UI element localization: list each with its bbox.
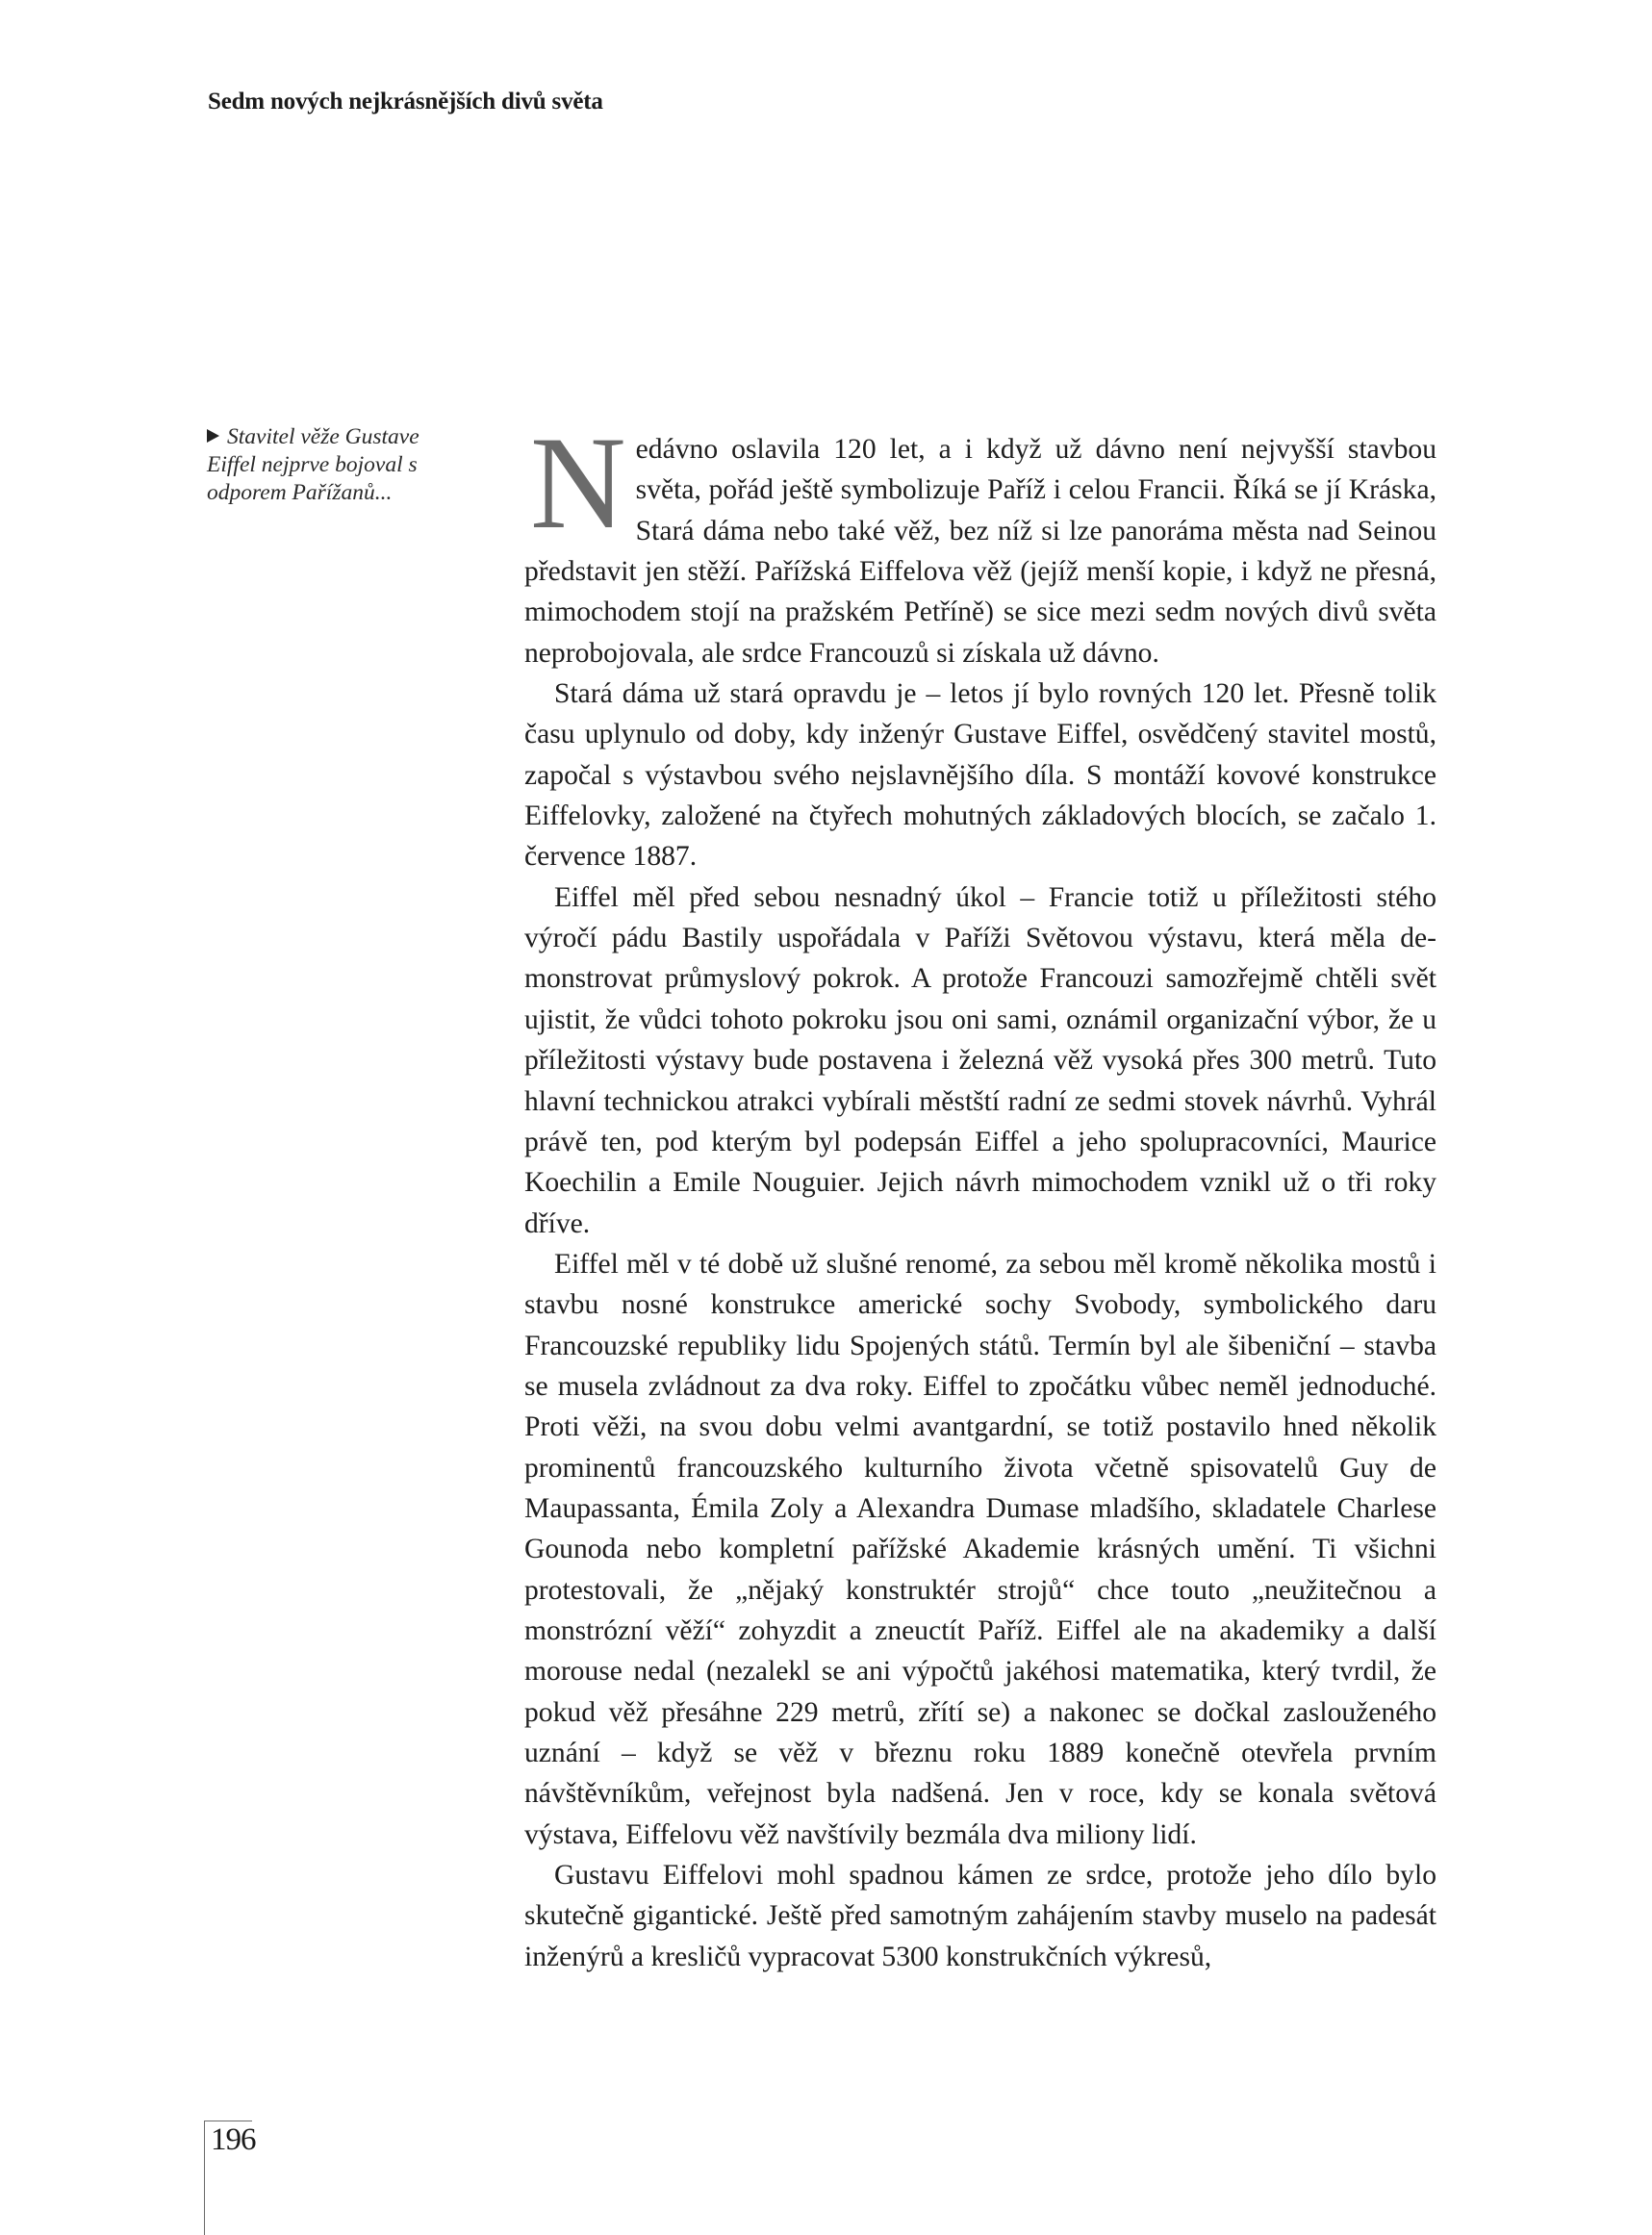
paragraph-1: Nedávno oslavila 120 let, a i když už dá… bbox=[524, 429, 1436, 673]
folio-rule-horizontal bbox=[204, 2121, 252, 2121]
paragraph-2: Stará dáma už stará opravdu je – letos j… bbox=[524, 673, 1436, 877]
paragraph-text: edávno oslavila 120 let, a i když už dáv… bbox=[524, 434, 1436, 669]
running-head: Sedm nových nejkrásnějších divů světa bbox=[208, 89, 603, 115]
drop-cap: N bbox=[530, 433, 626, 537]
paragraph-5: Gustavu Eiffelovi mohl spadnou kámen ze … bbox=[524, 1855, 1436, 1977]
paragraph-3: Eiffel měl před sebou nesnadný úkol – Fr… bbox=[524, 877, 1436, 1244]
page-number: 196 bbox=[211, 2122, 256, 2158]
article-body: Nedávno oslavila 120 let, a i když už dá… bbox=[524, 429, 1436, 1977]
paragraph-4: Eiffel měl v té době už slušné renomé, z… bbox=[524, 1244, 1436, 1855]
sidebar-caption-text: Stavitel věže Gustave Eiffel nejprve boj… bbox=[207, 424, 419, 505]
triangle-right-icon bbox=[207, 429, 219, 443]
sidebar-caption: Stavitel věže Gustave Eiffel nejprve boj… bbox=[207, 423, 457, 507]
folio-rule-vertical bbox=[204, 2121, 205, 2235]
